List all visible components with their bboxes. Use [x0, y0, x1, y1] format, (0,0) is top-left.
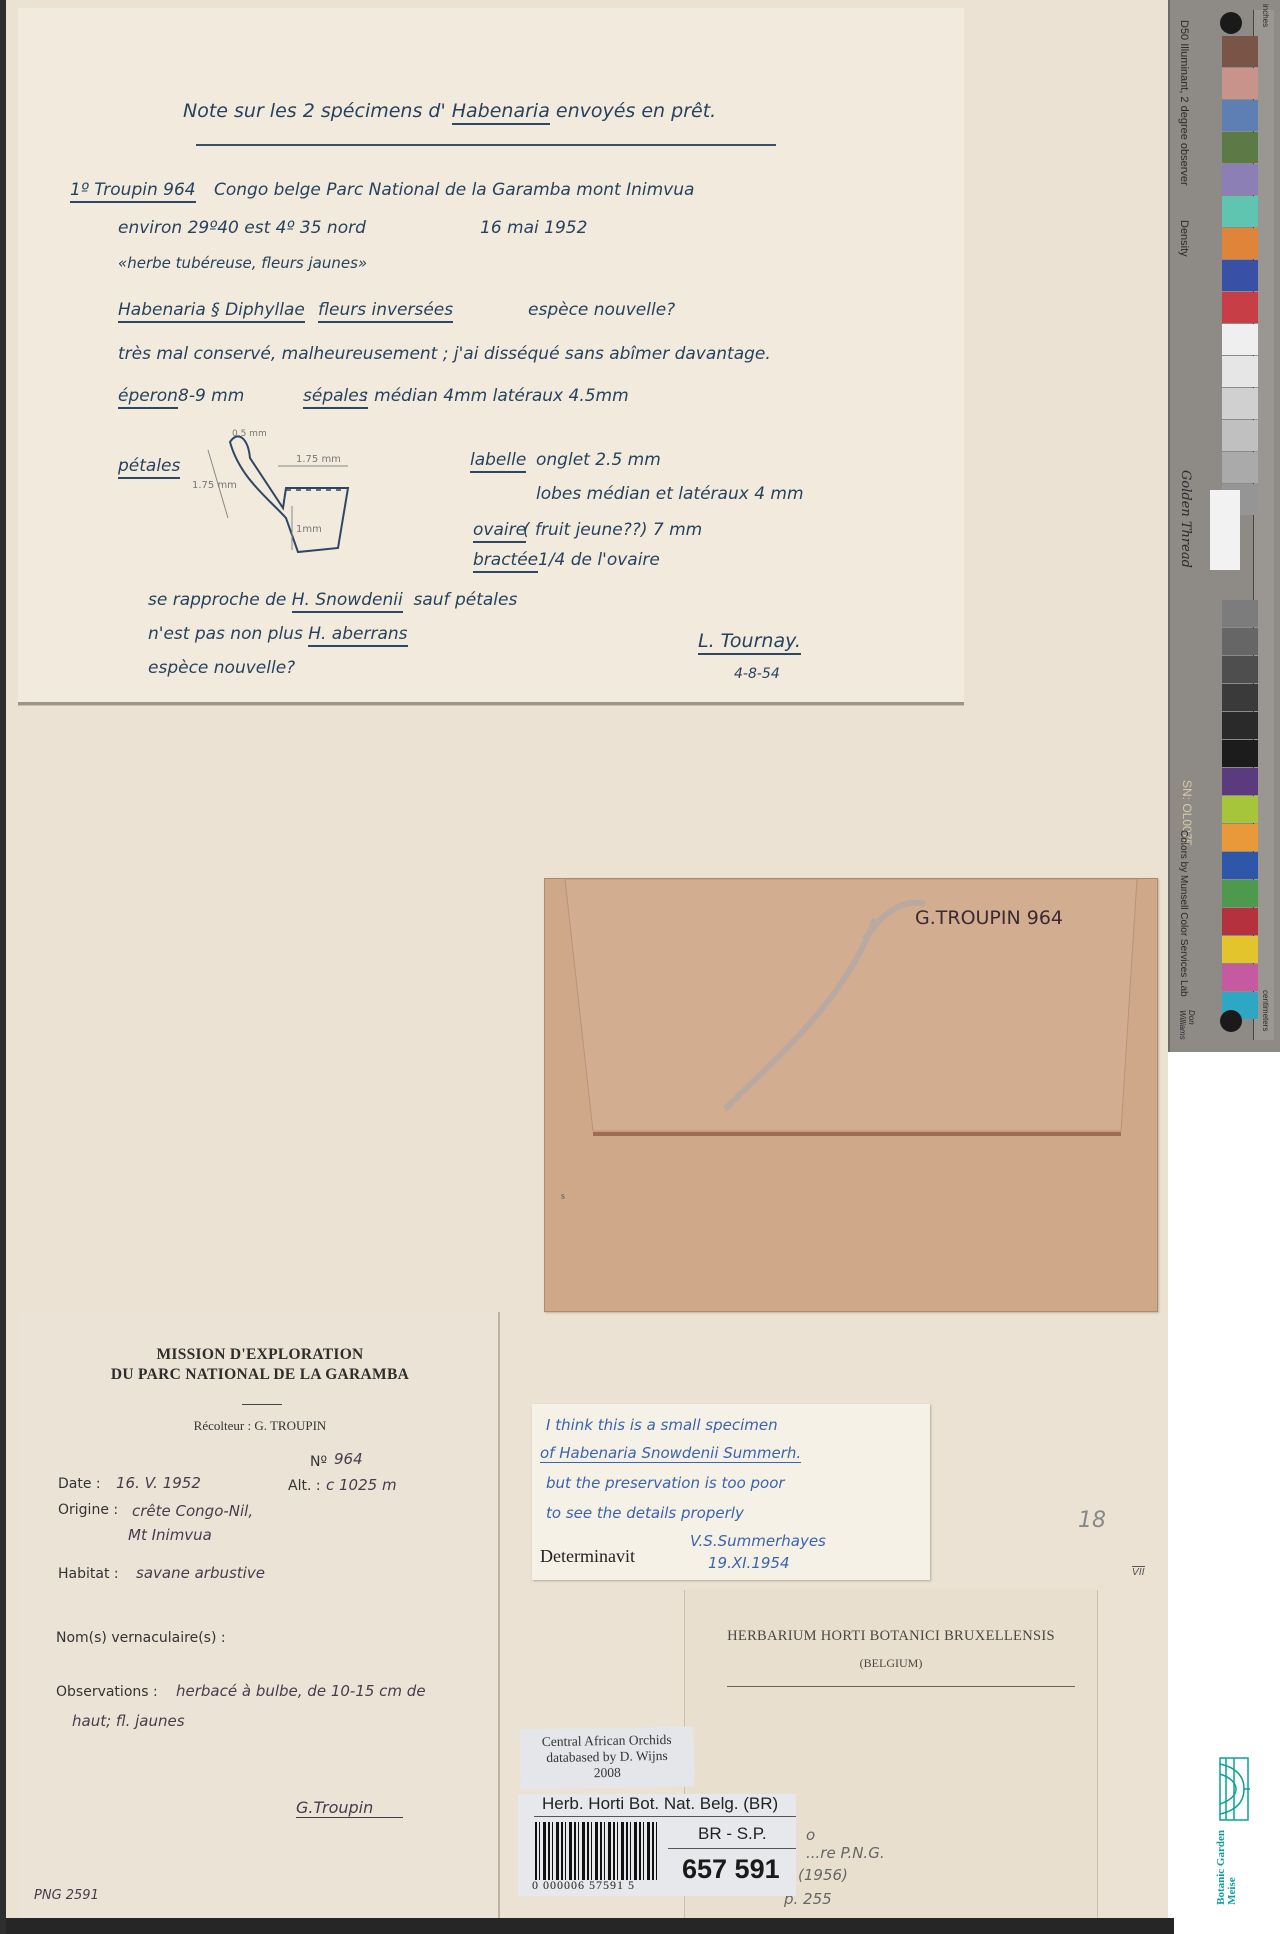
color-swatch [1222, 292, 1258, 323]
note-card: Note sur les 2 spécimens d' Habenaria en… [18, 8, 964, 705]
labelle-label: labelle [470, 450, 526, 473]
specimen-envelope[interactable]: G.TROUPIN 964 s [544, 878, 1158, 1312]
title-underline [196, 144, 776, 146]
greenhouse-icon [1216, 1754, 1252, 1824]
color-swatch [1222, 908, 1258, 935]
signature-date: 4-8-54 [734, 666, 780, 682]
coordinates: environ 29º40 est 4º 35 nord [118, 218, 366, 238]
roman-numeral: VII [1132, 1566, 1145, 1578]
origine-label: Origine : [58, 1502, 118, 1518]
collection-code: BR - S.P. [698, 1824, 767, 1844]
determinavit-label: Determinavit [540, 1546, 635, 1567]
inches-label: inches [1261, 4, 1270, 27]
not-species-text: n'est pas non plus H. aberrans [148, 624, 408, 644]
barcode-icon[interactable] [535, 1822, 659, 1880]
color-calibration-chart: D50 Illuminant, 2 degree observer Densit… [1168, 0, 1280, 1052]
color-swatch [1222, 196, 1258, 227]
date-label: Date : [58, 1476, 101, 1492]
determiner-signature: V.S.Summerhayes [690, 1532, 826, 1550]
svg-text:1mm: 1mm [296, 524, 322, 535]
chart-hole-bottom [1220, 1010, 1242, 1032]
section-name: Habenaria § Diphyllae [118, 300, 305, 323]
envelope-crease [593, 1132, 1121, 1136]
sepales-value: : médian 4mm latéraux 4.5mm [363, 386, 629, 406]
note-title: Note sur les 2 spécimens d' Habenaria en… [183, 100, 716, 122]
herbarium-title: HERBARIUM HORTI BOTANICI BRUXELLENSIS [685, 1628, 1097, 1645]
origine-value-1: crête Congo-Nil, [132, 1502, 253, 1520]
petal-sketch-icon: 0.5 mm 1.75 mm 1.75 mm 1mm [188, 428, 388, 568]
chart-hole-top [1220, 12, 1242, 34]
color-swatch [1222, 388, 1258, 419]
specimen-ref: 1º Troupin 964 [70, 180, 196, 203]
collector: Récolteur : G. TROUPIN [20, 1418, 500, 1434]
botanic-garden-meise-logo: Botanic GardenMeise [1216, 1754, 1256, 1924]
altitude-value: c 1025 m [326, 1476, 397, 1494]
sepales-label: sépales [303, 386, 368, 409]
accession-number: 657 591 [682, 1854, 780, 1885]
herbarium-rule [727, 1686, 1075, 1687]
barcode-label[interactable]: Herb. Horti Bot. Nat. Belg. (BR) 0 00000… [518, 1794, 796, 1896]
color-swatch [1222, 36, 1258, 67]
bractee-value: 1/4 de l'ovaire [538, 550, 660, 570]
det-line-2: of Habenaria Snowdenii Summerh. [540, 1444, 801, 1463]
herbarium-sheet: Note sur les 2 spécimens d' Habenaria en… [0, 0, 1168, 1934]
locality: Congo belge Parc National de la Garamba … [214, 180, 694, 200]
compare-text: se rapproche de H. Snowdenii sauf pétale… [148, 590, 517, 610]
collection-label: MISSION D'EXPLORATION DU PARC NATIONAL D… [20, 1312, 500, 1928]
chart-signature: Don Williams [1178, 1010, 1196, 1052]
color-swatch [1222, 260, 1258, 291]
color-swatch [1222, 740, 1258, 767]
ovaire-label: ovaire [473, 520, 526, 543]
collection-date: 16 mai 1952 [480, 218, 587, 238]
color-swatch [1222, 628, 1258, 655]
det-line-4: to see the details properly [546, 1504, 744, 1522]
ovaire-value: ( fruit jeune??) 7 mm [523, 520, 702, 540]
munsell-credit: Colors by Munsell Color Services Lab [1178, 830, 1189, 997]
svg-text:1.75 mm: 1.75 mm [192, 480, 237, 491]
color-swatch [1222, 452, 1258, 483]
number-label: Nº [310, 1454, 327, 1470]
color-swatch [1222, 324, 1258, 355]
color-swatch [1222, 768, 1258, 795]
observations-label: Observations : [56, 1684, 158, 1700]
labelle-value: onglet 2.5 mm [536, 450, 661, 470]
troupin-signature: G.Troupin [296, 1798, 403, 1818]
title-rule [242, 1404, 282, 1405]
determinavit-slip: I think this is a small specimen of Habe… [532, 1404, 930, 1580]
color-swatch [1222, 356, 1258, 387]
color-swatch [1222, 880, 1258, 907]
centimeters-label: centimeters [1261, 990, 1270, 1031]
date-value: 16. V. 1952 [116, 1474, 201, 1492]
bractee-label: bractée [473, 550, 538, 573]
habitat-value: savane arbustive [136, 1564, 265, 1582]
determination-date: 19.XI.1954 [708, 1554, 790, 1572]
svg-text:1.75 mm: 1.75 mm [296, 454, 341, 465]
tournay-signature: L. Tournay. [698, 630, 801, 655]
altitude-label: Alt. : [288, 1478, 321, 1494]
pencil-ref-1: o [806, 1826, 815, 1844]
barcode-rule [534, 1816, 796, 1817]
envelope-mark: s [561, 1191, 565, 1202]
pencil-ref-3: (1956) [798, 1866, 848, 1884]
database-line-3: 2008 [520, 1763, 694, 1782]
color-swatch [1222, 712, 1258, 739]
det-line-1: I think this is a small specimen [546, 1416, 778, 1434]
sheet-bottom-edge [6, 1918, 1174, 1934]
svg-text:0.5 mm: 0.5 mm [232, 429, 267, 439]
database-label: Central African Orchids databased by D. … [519, 1726, 694, 1789]
observations-value-1: herbacé à bulbe, de 10-15 cm de [176, 1682, 426, 1700]
lobes-value: lobes médian et latéraux 4 mm [536, 484, 804, 504]
condition-note: très mal conservé, malheureusement ; j'a… [118, 344, 771, 364]
barcode-digits: 0 000006 57591 5 [532, 1878, 635, 1893]
color-swatch [1222, 164, 1258, 195]
flowers-note: fleurs inversées [318, 300, 453, 323]
illuminant-text: D50 Illuminant, 2 degree observer [1178, 20, 1190, 186]
accession-rule [668, 1848, 796, 1849]
color-swatch [1222, 656, 1258, 683]
mission-title-1: MISSION D'EXPLORATION [20, 1346, 500, 1364]
color-swatch [1222, 824, 1258, 851]
grey-scale-card [1210, 490, 1240, 570]
color-swatch [1222, 796, 1258, 823]
color-swatch [1222, 228, 1258, 259]
vernacular-label: Nom(s) vernaculaire(s) : [56, 1630, 226, 1646]
det-line-3: but the preservation is too poor [546, 1474, 785, 1492]
eperon-label: éperon [118, 386, 178, 409]
color-swatch [1222, 936, 1258, 963]
observations-value-2: haut; fl. jaunes [72, 1712, 185, 1730]
color-swatch [1222, 964, 1258, 991]
color-swatch [1222, 600, 1258, 627]
color-swatch [1222, 68, 1258, 99]
envelope-flap-icon [545, 879, 1157, 1133]
color-swatch [1222, 684, 1258, 711]
color-swatch [1222, 852, 1258, 879]
habitat-label: Habitat : [58, 1566, 119, 1582]
new-species-query: espèce nouvelle? [528, 300, 675, 320]
color-swatch [1222, 420, 1258, 451]
petales-label: pétales [118, 456, 180, 479]
institution-code: Herb. Horti Bot. Nat. Belg. (BR) [542, 1794, 778, 1814]
color-swatch [1222, 100, 1258, 131]
pencil-ref-2: ...re P.N.G. [806, 1844, 885, 1862]
database-line-1: Central African Orchids [520, 1731, 694, 1750]
eperon-value: 8-9 mm [178, 386, 244, 406]
herbarium-country: (BELGIUM) [685, 1656, 1097, 1671]
origine-value-2: Mt Inimvua [128, 1526, 212, 1544]
mission-title-2: DU PARC NATIONAL DE LA GARAMBA [20, 1366, 500, 1384]
envelope-label: G.TROUPIN 964 [915, 907, 1063, 929]
density-label: Density [1178, 220, 1190, 257]
meise-logo-text: Botanic GardenMeise [1216, 1830, 1238, 1905]
color-swatch [1222, 132, 1258, 163]
pencil-number: 18 [1078, 1508, 1106, 1533]
conclusion: espèce nouvelle? [148, 658, 295, 678]
brand-text: Golden Thread [1178, 470, 1193, 568]
field-quote: «herbe tubéreuse, fleurs jaunes» [118, 254, 367, 272]
footer-code: PNG 2591 [34, 1888, 99, 1903]
number-value: 964 [334, 1450, 363, 1468]
